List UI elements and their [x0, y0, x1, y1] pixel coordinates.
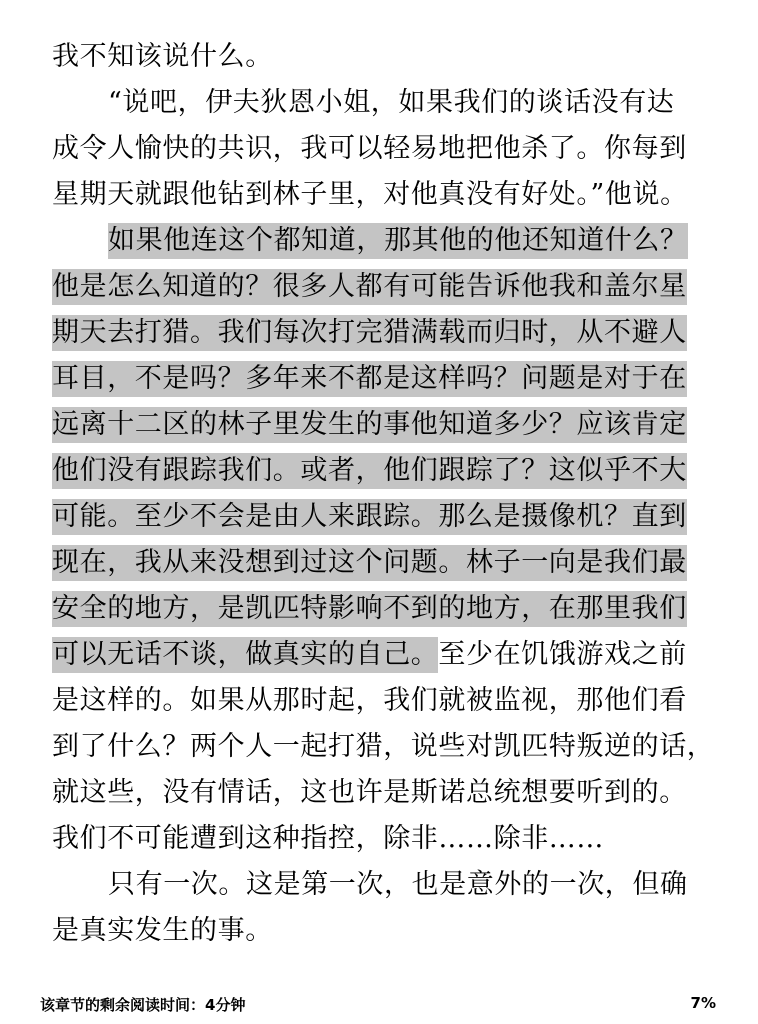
highlight-span[interactable]: 他是怎么知道的？很多人都有可能告诉他我和盖尔星 [52, 269, 687, 305]
highlight-span[interactable]: 现在，我从来没想到过这个问题。林子一向是我们最 [52, 545, 687, 581]
highlighted-line[interactable]: 安全的地方，是凯匹特影响不到的地方，在那里我们 [52, 586, 687, 632]
highlighted-line[interactable]: 他是怎么知道的？很多人都有可能告诉他我和盖尔星 [52, 264, 687, 310]
line-text: 是这样的。如果从那时起，我们就被监视，那他们看 [52, 685, 687, 716]
line-text: 只有一次。这是第一次，也是意外的一次，但确 [108, 869, 688, 900]
line-text: 到了什么？两个人一起打猎，说些对凯匹特叛逆的话， [52, 731, 714, 762]
highlight-span[interactable]: 耳目，不是吗？多年来不都是这样吗？问题是对于在 [52, 361, 687, 397]
highlight-span[interactable]: 可能。至少不会是由人来跟踪。那么是摄像机？直到 [52, 499, 687, 535]
text-line: “说吧，伊夫狄恩小姐，如果我们的谈话没有达 [52, 80, 674, 126]
highlight-span[interactable]: 远离十二区的林子里发生的事他知道多少？应该肯定 [52, 407, 687, 443]
highlighted-line[interactable]: 现在，我从来没想到过这个问题。林子一向是我们最 [52, 540, 687, 586]
text-line: 是这样的。如果从那时起，我们就被监视，那他们看 [52, 678, 687, 724]
highlighted-line[interactable]: 如果他连这个都知道，那其他的他还知道什么？ [52, 218, 688, 264]
text-line: 只有一次。这是第一次，也是意外的一次，但确 [52, 862, 688, 908]
highlight-span[interactable]: 可以无话不谈，做真实的自己。 [52, 637, 438, 673]
text-line: 我们不可能遭到这种指控，除非……除非…… [52, 816, 604, 862]
text-line: 成令人愉快的共识，我可以轻易地把他杀了。你每到 [52, 126, 687, 172]
text-line: 就这些，没有情话，这也许是斯诺总统想要听到的。 [52, 770, 687, 816]
highlighted-line[interactable]: 期天去打猎。我们每次打完猎满载而归时，从不避人 [52, 310, 687, 356]
line-text: 我不知该说什么。 [52, 41, 273, 72]
highlight-span[interactable]: 他们没有跟踪我们。或者，他们跟踪了？这似乎不大 [52, 453, 687, 489]
highlight-span[interactable]: 安全的地方，是凯匹特影响不到的地方，在那里我们 [52, 591, 687, 627]
text-line: 我不知该说什么。 [52, 34, 273, 80]
highlighted-line[interactable]: 可能。至少不会是由人来跟踪。那么是摄像机？直到 [52, 494, 687, 540]
partially-highlighted-line[interactable]: 可以无话不谈，做真实的自己。至少在饥饿游戏之前 [52, 632, 687, 678]
line-text: 至少在饥饿游戏之前 [438, 639, 686, 670]
highlighted-line[interactable]: 远离十二区的林子里发生的事他知道多少？应该肯定 [52, 402, 687, 448]
progress-percent: 7% [691, 994, 716, 1012]
line-text: “说吧，伊夫狄恩小姐，如果我们的谈话没有达 [108, 87, 674, 118]
line-text: 星期天就跟他钻到林子里，对他真没有好处。”他说。 [52, 179, 688, 210]
highlighted-line[interactable]: 他们没有跟踪我们。或者，他们跟踪了？这似乎不大 [52, 448, 687, 494]
line-text: 成令人愉快的共识，我可以轻易地把他杀了。你每到 [52, 133, 687, 164]
highlight-span[interactable]: 如果他连这个都知道，那其他的他还知道什么？ [108, 223, 688, 259]
line-text: 我们不可能遭到这种指控，除非……除非…… [52, 823, 604, 854]
text-line: 到了什么？两个人一起打猎，说些对凯匹特叛逆的话， [52, 724, 714, 770]
text-line: 是真实发生的事。 [52, 908, 273, 954]
highlighted-line[interactable]: 耳目，不是吗？多年来不都是这样吗？问题是对于在 [52, 356, 687, 402]
text-line: 星期天就跟他钻到林子里，对他真没有好处。”他说。 [52, 172, 688, 218]
line-text: 是真实发生的事。 [52, 915, 273, 946]
reader-footer: 该章节的剩余阅读时间：4分钟 7% [0, 992, 758, 1016]
chapter-time-remaining: 该章节的剩余阅读时间：4分钟 [40, 994, 245, 1015]
highlight-span[interactable]: 期天去打猎。我们每次打完猎满载而归时，从不避人 [52, 315, 687, 351]
line-text: 就这些，没有情话，这也许是斯诺总统想要听到的。 [52, 777, 687, 808]
